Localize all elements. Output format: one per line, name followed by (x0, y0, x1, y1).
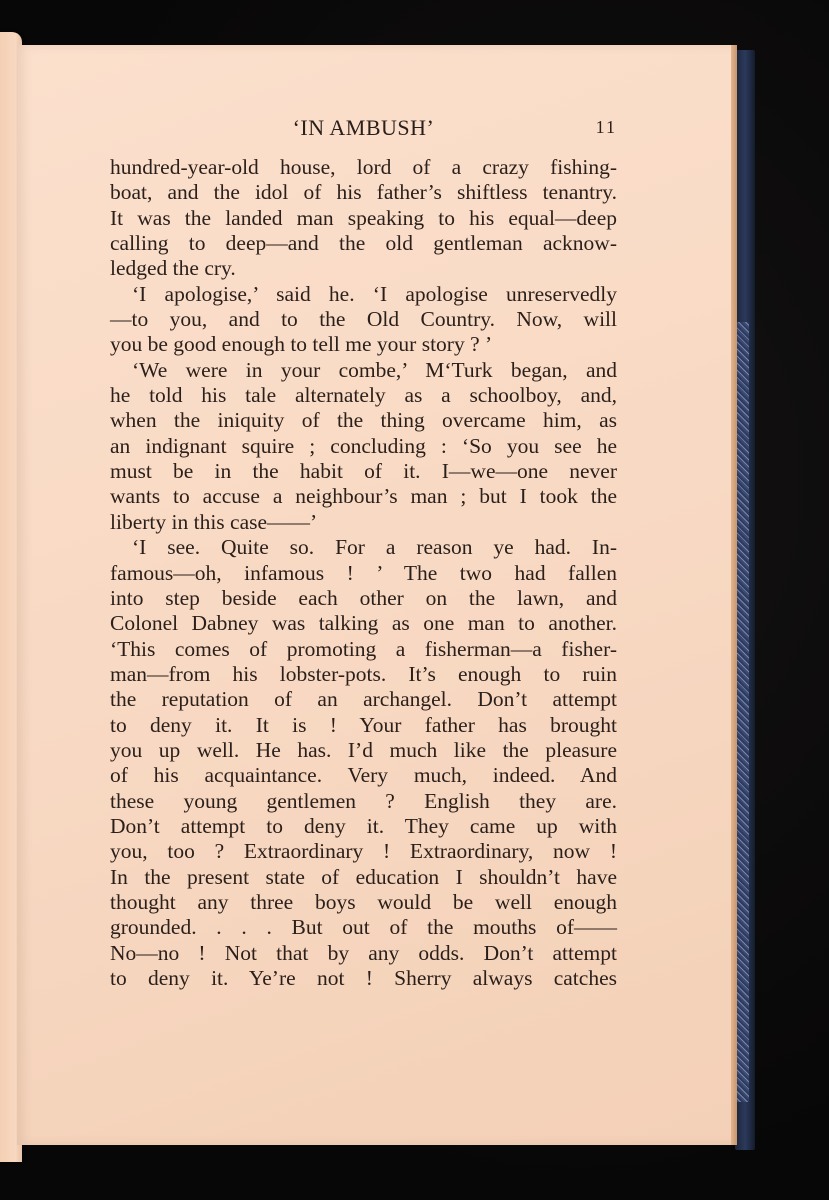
text-line: he told his tale alternately as a school… (110, 383, 617, 408)
text-line: man—from his lobster-pots. It’s enough t… (110, 662, 617, 687)
text-line: famous—oh, infamous ! ’ The two had fall… (110, 561, 617, 586)
text-line: ledged the cry. (110, 256, 617, 281)
book-page: ‘IN AMBUSH’ 11 hundred-year-old house, l… (17, 45, 737, 1145)
text-line: boat, and the idol of his father’s shift… (110, 180, 617, 205)
text-line: you be good enough to tell me your story… (110, 332, 617, 357)
text-line: hundred-year-old house, lord of a crazy … (110, 155, 617, 180)
page-fore-edge (731, 45, 737, 1145)
text-line: ‘I apologise,’ said he. ‘I apologise unr… (110, 282, 617, 307)
text-line: Don’t attempt to deny it. They came up w… (110, 814, 617, 839)
text-line: to deny it. It is ! Your father has brou… (110, 713, 617, 738)
text-line: thought any three boys would be well eno… (110, 890, 617, 915)
text-line: into step beside each other on the lawn,… (110, 586, 617, 611)
chapter-title: ‘IN AMBUSH’ (110, 115, 617, 141)
text-line: of his acquaintance. Very much, indeed. … (110, 763, 617, 788)
text-line: Colonel Dabney was talking as one man to… (110, 611, 617, 636)
book-cover-board (735, 50, 755, 1150)
text-line: these young gentlemen ? English they are… (110, 789, 617, 814)
text-line: ‘I see. Quite so. For a reason ye had. I… (110, 535, 617, 560)
text-line: wants to accuse a neighbour’s man ; but … (110, 484, 617, 509)
text-line: must be in the habit of it. I—we—one nev… (110, 459, 617, 484)
text-line: an indignant squire ; concluding : ‘So y… (110, 434, 617, 459)
text-line: calling to deep—and the old gentleman ac… (110, 231, 617, 256)
text-line: grounded. . . . But out of the mouths of… (110, 915, 617, 940)
cloth-binding-texture (737, 322, 749, 1102)
text-line: you, too ? Extraordinary ! Extraordinary… (110, 839, 617, 864)
text-line: No—no ! Not that by any odds. Don’t atte… (110, 941, 617, 966)
text-line: liberty in this case——’ (110, 510, 617, 535)
text-line: —to you, and to the Old Country. Now, wi… (110, 307, 617, 332)
text-line: when the iniquity of the thing overcame … (110, 408, 617, 433)
text-line: ‘We were in your combe,’ M‘Turk began, a… (110, 358, 617, 383)
text-line: It was the landed man speaking to his eq… (110, 206, 617, 231)
text-line: you up well. He has. I’d much like the p… (110, 738, 617, 763)
body-text: hundred-year-old house, lord of a crazy … (110, 155, 617, 991)
text-line: the reputation of an archangel. Don’t at… (110, 687, 617, 712)
page-number: 11 (596, 117, 617, 138)
text-line: In the present state of education I shou… (110, 865, 617, 890)
text-line: to deny it. Ye’re not ! Sherry always ca… (110, 966, 617, 991)
text-line: ‘This comes of promoting a fisherman—a f… (110, 637, 617, 662)
running-head: ‘IN AMBUSH’ 11 (110, 115, 617, 145)
